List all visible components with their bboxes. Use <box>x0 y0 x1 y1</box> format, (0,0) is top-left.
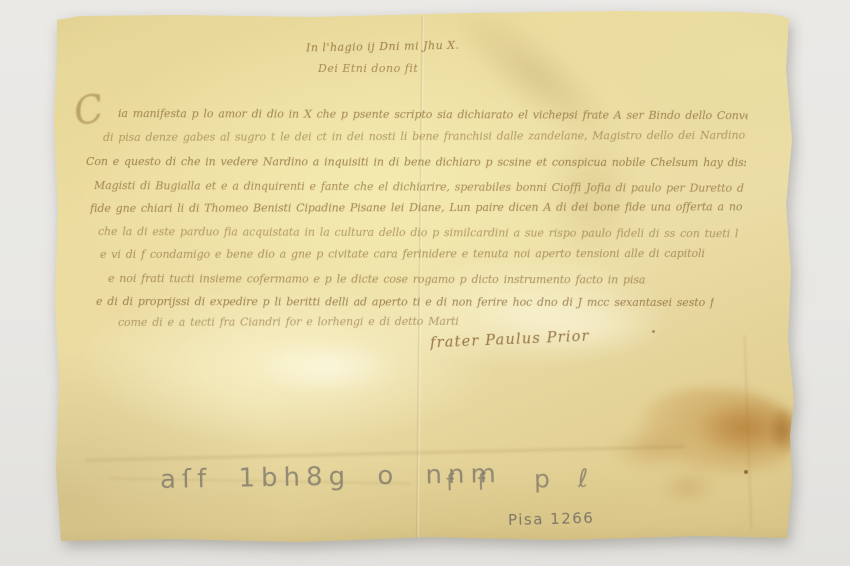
brown-stain-lower <box>658 470 718 504</box>
parchment-highlight <box>255 340 405 395</box>
photo-of-manuscript: In l'hagio ij Dni mi Jhu X. Dei Etni don… <box>0 0 850 566</box>
archive-note-pisa-1266: Pisa 1266 <box>508 509 595 529</box>
signature-frater-paulus-prior: frater Paulus Prior <box>430 329 590 352</box>
body-line: e noi frati tucti insieme cofermamo e p … <box>108 272 708 287</box>
body-line: fide gne chiari li di Thomeo Benisti Cip… <box>90 200 742 215</box>
mid-crease-smudge <box>545 130 640 260</box>
parchment-document: In l'hagio ij Dni mi Jhu X. Dei Etni don… <box>0 0 850 566</box>
parchment-shadow: In l'hagio ij Dni mi Jhu X. Dei Etni don… <box>0 0 850 566</box>
pen-trial-pl: p ℓ <box>534 463 599 493</box>
brown-stain-tail <box>612 428 686 470</box>
ink-speck <box>744 470 748 474</box>
body-line: Magisti di Bugialla et e a dinquirenti e… <box>94 179 744 195</box>
pen-trial-ff: f f <box>446 470 494 497</box>
brown-stain-edge <box>768 406 798 454</box>
right-crease <box>744 335 753 530</box>
ink-speck <box>652 330 655 333</box>
body-line: di pisa denze gabes al sugro t le dei ct… <box>103 129 748 144</box>
brown-stain-core <box>698 400 796 458</box>
body-line: ia manifesta p lo amor di dio in X che p… <box>118 107 748 122</box>
initial-flourish: C <box>70 86 106 134</box>
heading-line-2: Dei Etni dono fit <box>318 62 438 75</box>
body-line: Con e questo di che in vedere Nardino a … <box>86 155 746 169</box>
bottom-wrinkle <box>85 445 685 462</box>
brown-stain <box>638 388 800 476</box>
body-line: e di di proprijssi di expedire p li beri… <box>96 295 714 309</box>
body-line: e vi di f condamigo e bene dio a gne p c… <box>100 247 710 261</box>
body-line: come di e a tecti fra Ciandri for e lorh… <box>118 314 548 329</box>
heading-line-1: In l'hagio ij Dni mi Jhu X. <box>306 39 466 55</box>
body-line: che la di este parduo fia acquistata in … <box>98 225 738 240</box>
